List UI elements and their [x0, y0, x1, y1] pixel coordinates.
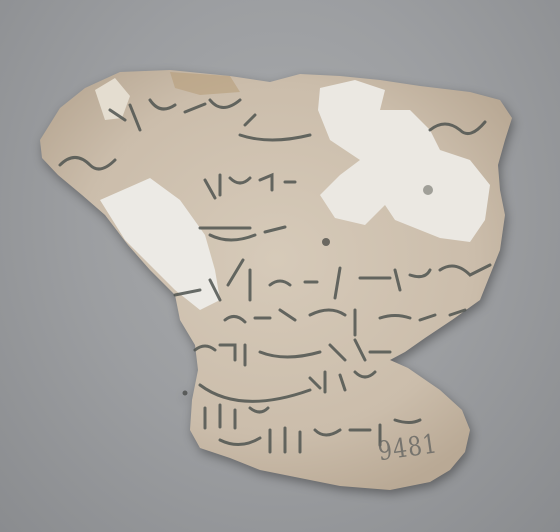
ink-spot: [183, 391, 188, 396]
ostracon: [0, 0, 560, 532]
ink-spot: [423, 185, 433, 195]
ostracon-body: [40, 70, 512, 490]
ink-spot: [322, 238, 330, 246]
photo-scene: 9481: [0, 0, 560, 532]
